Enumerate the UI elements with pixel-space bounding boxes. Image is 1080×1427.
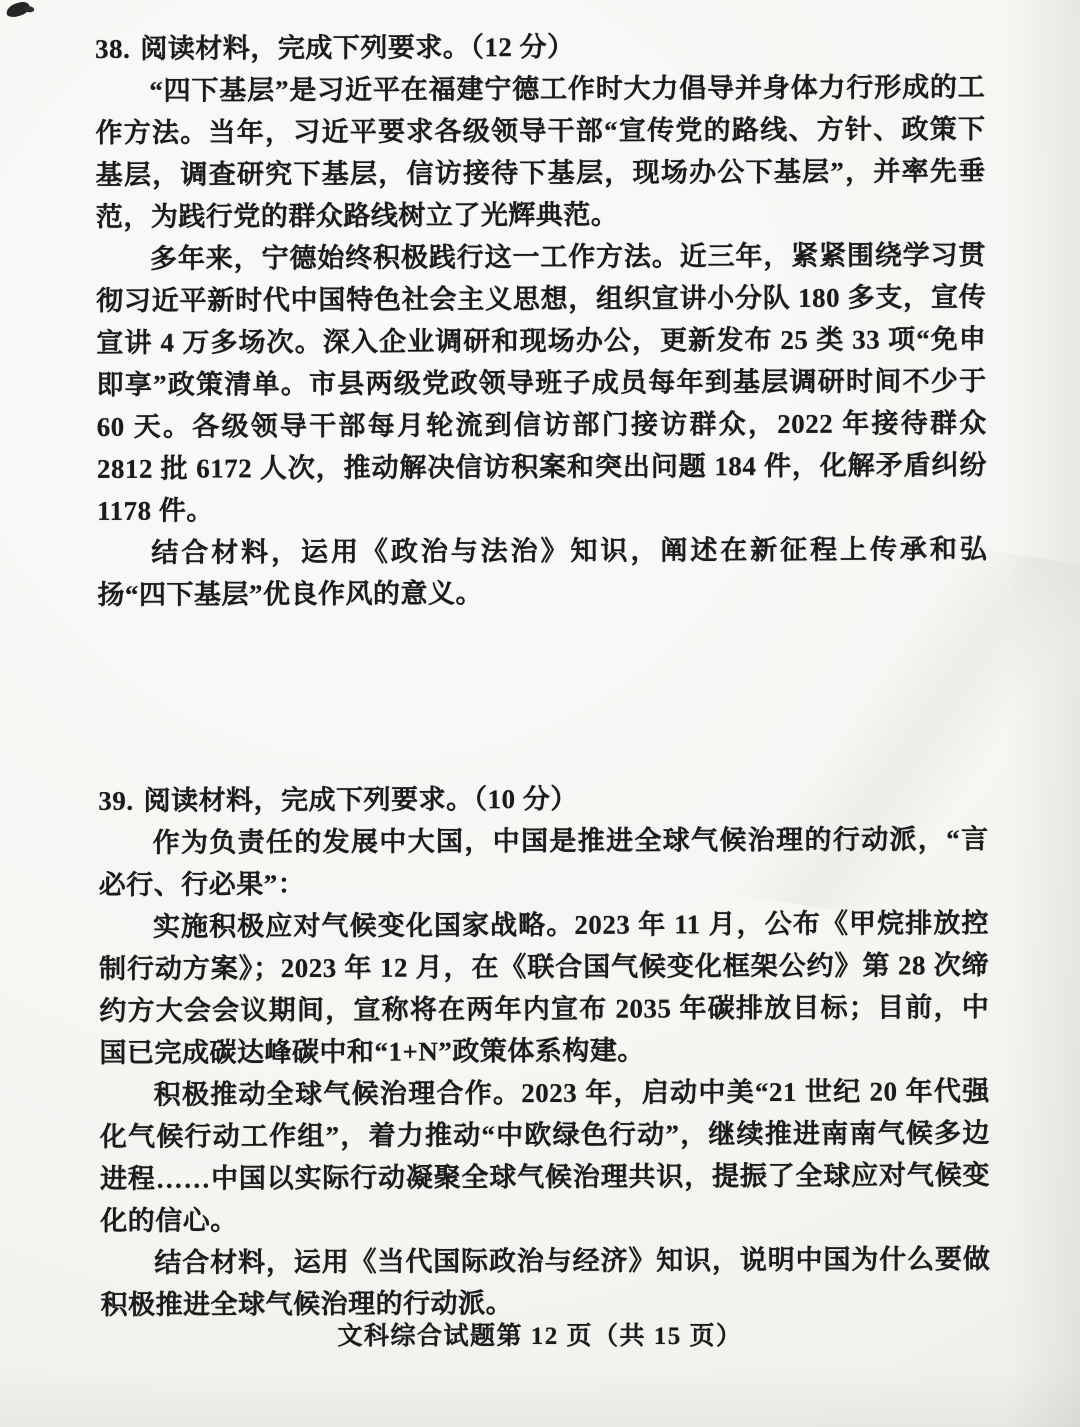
question-38-material-paragraph-1: “四下基层”是习近平在福建宁德工作时大力倡导并身体力行形成的工作方法。当年，习近… (95, 66, 986, 238)
question-39-task: 结合材料，运用《当代国际政治与经济》知识，说明中国为什么要做积极推进全球气候治理… (100, 1238, 990, 1326)
page-content: 38.阅读材料，完成下列要求。（12 分） “四下基层”是习近平在福建宁德工作时… (95, 24, 991, 1326)
question-39-material-paragraph-1: 作为负责任的发展中大国，中国是推进全球气候治理的行动派，“言必行、行必果”： (98, 818, 988, 906)
question-38-heading: 38.阅读材料，完成下列要求。（12 分） (95, 24, 985, 70)
question-38-material-paragraph-2: 多年来，宁德始终积极践行这一工作方法。近三年，紧紧围绕学习贯彻习近平新时代中国特… (96, 234, 987, 532)
scan-shadow-bottom (0, 1367, 1080, 1427)
scan-artifact-mark (5, 0, 31, 18)
question-39-heading: 39.阅读材料，完成下列要求。（10 分） (98, 776, 988, 822)
question-39-material-paragraph-2: 实施积极应对气候变化国家战略。2023 年 11 月，公布《甲烷排放控制行动方案… (99, 902, 990, 1074)
question-39-material-paragraph-3: 积极推动全球气候治理合作。2023 年，启动中美“21 世纪 20 年代强化气候… (100, 1070, 991, 1242)
question-38-number: 38. (95, 34, 130, 64)
question-38-instruction: 阅读材料，完成下列要求。（12 分） (140, 32, 574, 64)
question-39-number: 39. (98, 786, 133, 816)
question-39: 39.阅读材料，完成下列要求。（10 分） 作为负责任的发展中大国，中国是推进全… (98, 776, 990, 1326)
question-38-task: 结合材料，运用《政治与法治》知识，阐述在新征程上传承和弘扬“四下基层”优良作风的… (97, 528, 987, 616)
question-38: 38.阅读材料，完成下列要求。（12 分） “四下基层”是习近平在福建宁德工作时… (95, 24, 988, 616)
page-footer: 文科综合试题第 12 页（共 15 页） (0, 1316, 1080, 1352)
scan-shadow-right (1008, 0, 1080, 1427)
question-39-instruction: 阅读材料，完成下列要求。（10 分） (144, 784, 578, 816)
exam-page-scan: 38.阅读材料，完成下列要求。（12 分） “四下基层”是习近平在福建宁德工作时… (0, 0, 1080, 1427)
